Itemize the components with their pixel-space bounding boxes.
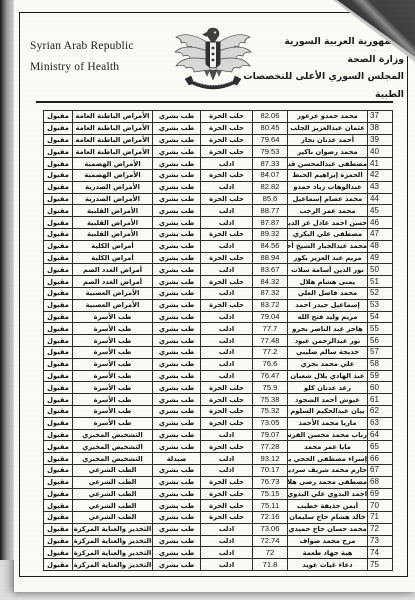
cell-score: 75.38 [253, 394, 288, 406]
cell-status: مقبول [44, 217, 73, 229]
cell-score: 79.64 [253, 134, 288, 146]
cell-degree: طب بشري [153, 394, 201, 406]
table-row: 62بيان عبدالحكيم السلوم75.32حلب الحرةطب … [44, 405, 393, 417]
cell-status: مقبول [44, 488, 73, 500]
page-left-edge-shadow [0, 0, 14, 560]
cell-num: 52 [368, 287, 393, 299]
cell-name: محمد عمر الرجب [288, 205, 368, 217]
cell-specialty: الطب الشرعي [73, 488, 153, 500]
cell-degree: طب بشري [153, 111, 201, 123]
cell-status: مقبول [44, 358, 73, 370]
cell-num: 61 [368, 394, 393, 406]
cell-specialty: الأمراض العصبية [73, 299, 153, 311]
cell-num: 56 [368, 335, 393, 347]
cell-degree: طب بشري [153, 488, 201, 500]
cell-num: 67 [368, 464, 393, 476]
cell-degree: طب بشري [153, 240, 201, 252]
table-row: 59عبد الهادي بلال شعبان76.47ادلبطب بشريط… [44, 370, 393, 382]
letterhead-english: Syrian Arab Republic Ministry of Health [30, 36, 134, 78]
table-row: 68مصطفى محمد رضى هلال76.73حلب الحرةطب بش… [44, 476, 393, 488]
table-row: 60رغد عدنان كلو75.9حلب الحرةطب بشريطب ال… [44, 382, 393, 394]
table-row: 46حسن احمد عادل عز الدين87.87ادلبطب بشري… [44, 217, 393, 229]
cell-score: 77.28 [253, 441, 288, 453]
table-row: 52محمد فاضل العلي87.32ادلبطب بشريالأمراض… [44, 287, 393, 299]
cell-status: مقبول [44, 523, 73, 535]
cell-score: 83.72 [253, 299, 288, 311]
cell-city: ادلب [201, 429, 253, 441]
cell-status: مقبول [44, 335, 73, 347]
cell-num: 38 [368, 122, 393, 134]
cell-degree: طب بشري [153, 158, 201, 170]
cell-city: حلب الحرة [201, 299, 253, 311]
cell-num: 45 [368, 205, 393, 217]
cell-num: 63 [368, 417, 393, 429]
cell-name: مرح محمد صواف [288, 535, 368, 547]
cell-city: ادلب [201, 335, 253, 347]
cell-specialty: الأمراض الصدرية [73, 193, 153, 205]
cell-name: رغد عدنان كلو [288, 382, 368, 394]
cell-score: 93.12 [253, 453, 288, 465]
cell-city: حلب الحرة [201, 488, 253, 500]
cell-degree: طب بشري [153, 311, 201, 323]
cell-name: مايا عمر محمد [288, 441, 368, 453]
cell-degree: طب بشري [153, 535, 201, 547]
table-row: 37محمد حمدو عرعور82.06حلب الحرةطب بشريال… [44, 111, 393, 123]
cell-score: 88.94 [253, 252, 288, 264]
cell-degree: طب بشري [153, 276, 201, 288]
cell-score: 82.82 [253, 181, 288, 193]
cell-specialty: التخدير والعناية المركزة [73, 547, 153, 559]
table-row: 50نور الدين أسامة سلات83.67ادلبطب بشريأم… [44, 264, 393, 276]
cell-num: 64 [368, 429, 393, 441]
cell-specialty: الأمراض الهضمية [73, 158, 153, 170]
cell-city: حلب الحرة [201, 111, 253, 123]
cell-city: ادلب [201, 181, 253, 193]
table-row: 39أحمد عدنان نجار79.64حلب الحرةطب بشريال… [44, 134, 393, 146]
cell-city: حلب الحرة [201, 382, 253, 394]
cell-name: أيمن حذيفة خطيب [288, 500, 368, 512]
table-row: 44محمد عصام إسماعيل85.6حلب الحرةطب بشريا… [44, 193, 393, 205]
cell-name: محمد رضوان باكير [288, 146, 368, 158]
cell-score: 76.6 [253, 358, 288, 370]
cell-score: 87.33 [253, 158, 288, 170]
cell-specialty: الطب الشرعي [73, 512, 153, 524]
letterhead-arabic: الجمهورية العربية السورية وزارة الصحة ال… [234, 33, 404, 103]
table-row: 64رباب محمد محسن الفرس79.07ادلبطب بشريال… [44, 429, 393, 441]
cell-status: مقبول [44, 228, 73, 240]
cell-city: ادلب [201, 370, 253, 382]
cell-city: حلب الحرة [201, 252, 253, 264]
cell-specialty: طب الأسرة [73, 323, 153, 335]
cell-num: 58 [368, 358, 393, 370]
table-row: 48محمد عبدالجبار الشيخ أحمد84.56ادلبطب ب… [44, 240, 393, 252]
cell-score: 79.07 [253, 429, 288, 441]
cell-city: حلب الحرة [201, 500, 253, 512]
cell-specialty: الأمراض القلبية [73, 217, 153, 229]
cell-degree: طب بشري [153, 228, 201, 240]
cell-specialty: التخدير والعناية المركزة [73, 559, 153, 571]
table-row: 54مريم وليد فتح الله79.04ادلبطب بشريطب ا… [44, 311, 393, 323]
cell-score: 84.32 [253, 276, 288, 288]
cell-status: مقبول [44, 323, 73, 335]
cell-specialty: طب الأسرة [73, 335, 153, 347]
cell-specialty: التشخيص المخبري [73, 429, 153, 441]
cell-specialty: طب الأسرة [73, 417, 153, 429]
cell-degree: طب بشري [153, 523, 201, 535]
cell-city: ادلب [201, 287, 253, 299]
cell-specialty: طب الأسرة [73, 358, 153, 370]
cell-num: 66 [368, 453, 393, 465]
cell-score: 88.77 [253, 205, 288, 217]
cell-specialty: الأمراض الباطنة العامة [73, 146, 153, 158]
cell-specialty: طب الأسرة [73, 346, 153, 358]
cell-degree: صيدلة [153, 453, 201, 465]
cell-score: 75.9 [253, 382, 288, 394]
cell-city: ادلب [201, 535, 253, 547]
cell-degree: طب بشري [153, 476, 201, 488]
cell-num: 57 [368, 346, 393, 358]
table-row: 70أيمن حذيفة خطيب75.11حلب الحرةطب بشريال… [44, 500, 393, 512]
cell-city: ادلب [201, 464, 253, 476]
cell-name: نور الدين أسامة سلات [288, 264, 368, 276]
cell-name: ماريا محمد الأحمد [288, 417, 368, 429]
cell-status: مقبول [44, 276, 73, 288]
cell-num: 71 [368, 512, 393, 524]
cell-degree: طب بشري [153, 500, 201, 512]
cell-status: مقبول [44, 111, 73, 123]
cell-status: مقبول [44, 181, 73, 193]
cell-status: مقبول [44, 453, 73, 465]
table-row: 55هاجر عبد الناصر بحرو77.7ادلبطب بشريطب … [44, 323, 393, 335]
cell-num: 51 [368, 276, 393, 288]
cell-name: محمد فاضل العلي [288, 287, 368, 299]
cell-score: 80.45 [253, 122, 288, 134]
table-row: 66إسراء مصطفى الحجي يسين93.12ادلبصيدلةال… [44, 453, 393, 465]
cell-status: مقبول [44, 158, 73, 170]
table-row: 75دعاء غياث عويد71.8ادلبطب بشريالتخدير و… [44, 559, 393, 571]
cell-city: ادلب [201, 264, 253, 276]
cell-specialty: الأمراض الباطنة العامة [73, 134, 153, 146]
cell-city: حلب الحرة [201, 417, 253, 429]
cell-name: هبة جهاد طعمة [288, 547, 368, 559]
cell-status: مقبول [44, 122, 73, 134]
table-row: 51يمنى هشام هلال84.32حلب الحرةطب بشريأمر… [44, 276, 393, 288]
cell-num: 46 [368, 217, 393, 229]
cell-specialty: أمراض الغدد الصم [73, 276, 153, 288]
ministry-name-ar: وزارة الصحة [234, 51, 404, 69]
cell-name: إسراء مصطفى الحجي يسين [288, 453, 368, 465]
cell-status: مقبول [44, 205, 73, 217]
cell-score: 73.05 [253, 417, 288, 429]
header-separator-line [36, 101, 393, 103]
cell-score: 77.7 [253, 323, 288, 335]
results-table-body: 37محمد حمدو عرعور82.06حلب الحرةطب بشريال… [44, 111, 393, 571]
cell-specialty: أمراض الغدد الصم [73, 264, 153, 276]
cell-num: 59 [368, 370, 393, 382]
cell-city: حلب الحرة [201, 394, 253, 406]
cell-name: حازم محمد شريف سرديني [288, 464, 368, 476]
cell-score: 87.32 [253, 287, 288, 299]
cell-name: إسماعيل حيدر احمد [288, 299, 368, 311]
results-table: 37محمد حمدو عرعور82.06حلب الحرةطب بشريال… [43, 110, 393, 571]
cell-specialty: الأمراض الهضمية [73, 169, 153, 181]
cell-name: محمد عصام إسماعيل [288, 193, 368, 205]
cell-city: ادلب [201, 547, 253, 559]
cell-num: 73 [368, 535, 393, 547]
cell-city: ادلب [201, 205, 253, 217]
cell-name: محمد عبدالجبار الشيخ أحمد [288, 240, 368, 252]
cell-degree: طب بشري [153, 205, 201, 217]
cell-score: 89.32 [253, 228, 288, 240]
council-name-ar: المجلس السوري الأعلى للتخصصات الطبية [234, 68, 404, 103]
cell-degree: طب بشري [153, 252, 201, 264]
cell-score: 73.06 [253, 523, 288, 535]
cell-num: 74 [368, 547, 393, 559]
cell-city: ادلب [201, 311, 253, 323]
cell-status: مقبول [44, 370, 73, 382]
cell-num: 42 [368, 169, 393, 181]
cell-degree: طب بشري [153, 370, 201, 382]
cell-status: مقبول [44, 464, 73, 476]
cell-name: عبدالوهاب زياد حمدو [288, 181, 368, 193]
cell-city: حلب الحرة [201, 146, 253, 158]
cell-status: مقبول [44, 240, 73, 252]
cell-specialty: طب الأسرة [73, 382, 153, 394]
cell-name: محمد حمدو عرعور [288, 111, 368, 123]
table-row: 57خديجة سالم صليبي77.2ادلبطب بشريطب الأس… [44, 346, 393, 358]
table-row: 65مايا عمر محمد77.28حلب الحرةطب بشريالتش… [44, 441, 393, 453]
cell-score: 77.48 [253, 335, 288, 347]
cell-specialty: التشخيص المخبري [73, 441, 153, 453]
cell-num: 65 [368, 441, 393, 453]
cell-num: 62 [368, 405, 393, 417]
cell-num: 48 [368, 240, 393, 252]
cell-score: 77.2 [253, 346, 288, 358]
country-name-ar: الجمهورية العربية السورية [234, 33, 404, 51]
cell-specialty: التخدير والعناية المركزة [73, 523, 153, 535]
table-row: 42الحمزة إبراهيم الحبط84.07حلب الحرةطب ب… [44, 169, 393, 181]
cell-city: ادلب [201, 240, 253, 252]
cell-specialty: الطب الشرعي [73, 500, 153, 512]
cell-name: علي محمد بحري [288, 358, 368, 370]
cell-name: نور عبدالرحمن عبود [288, 335, 368, 347]
cell-status: مقبول [44, 559, 73, 571]
cell-name: مريم وليد فتح الله [288, 311, 368, 323]
cell-specialty: الأمراض القلبية [73, 205, 153, 217]
cell-city: حلب الحرة [201, 405, 253, 417]
cell-name: الحمزة إبراهيم الحبط [288, 169, 368, 181]
table-row: 40محمد رضوان باكير79.53حلب الحرةطب بشريا… [44, 146, 393, 158]
cell-status: مقبول [44, 146, 73, 158]
cell-degree: طب بشري [153, 287, 201, 299]
cell-degree: طب بشري [153, 464, 201, 476]
table-row: 41مصطفى عبدالمحسن قناوي87.33ادلبطب بشريا… [44, 158, 393, 170]
country-name-en: Syrian Arab Republic [30, 36, 134, 57]
cell-name: يمنى هشام هلال [288, 276, 368, 288]
cell-name: بيان عبدالحكيم السلوم [288, 405, 368, 417]
cell-status: مقبول [44, 417, 73, 429]
cell-degree: طب بشري [153, 169, 201, 181]
cell-degree: طب بشري [153, 323, 201, 335]
cell-specialty: الأمراض الباطنة العامة [73, 122, 153, 134]
cell-num: 69 [368, 488, 393, 500]
cell-num: 72 [368, 523, 393, 535]
cell-specialty: الأمراض الصدرية [73, 181, 153, 193]
table-row: 71خالد هشام حاج سليمان72.16حلب الحرةطب ب… [44, 512, 393, 524]
cell-score: 76.47 [253, 370, 288, 382]
table-row: 38عثمان عبدالعزيز الجلب80.45حلب الحرةطب … [44, 122, 393, 134]
cell-degree: طب بشري [153, 358, 201, 370]
cell-city: ادلب [201, 158, 253, 170]
cell-num: 44 [368, 193, 393, 205]
cell-degree: طب بشري [153, 559, 201, 571]
table-row: 73مرح محمد صواف72.74ادلبطب بشريالتخدير و… [44, 535, 393, 547]
table-row: 49مريم عبد العزيز بكور88.94حلب الحرةطب ب… [44, 252, 393, 264]
cell-specialty: الطب الشرعي [73, 464, 153, 476]
cell-name: محمد حسان حاج حميدي [288, 523, 368, 535]
cell-status: مقبول [44, 169, 73, 181]
cell-city: ادلب [201, 453, 253, 465]
cell-degree: طب بشري [153, 134, 201, 146]
cell-score: 87.87 [253, 217, 288, 229]
cell-score: 71.8 [253, 559, 288, 571]
cell-status: مقبول [44, 299, 73, 311]
cell-city: ادلب [201, 559, 253, 571]
cell-city: ادلب [201, 523, 253, 535]
cell-name: رباب محمد محسن الفرس [288, 429, 368, 441]
table-row: 47مصطفى علي البكري89.32حلب الحرةطب بشريا… [44, 228, 393, 240]
cell-city: حلب الحرة [201, 169, 253, 181]
cell-num: 41 [368, 158, 393, 170]
cell-status: مقبول [44, 405, 73, 417]
cell-status: مقبول [44, 264, 73, 276]
cell-status: مقبول [44, 476, 73, 488]
cell-name: مصطفى علي البكري [288, 228, 368, 240]
cell-specialty: الأمراض الباطنة العامة [73, 111, 153, 123]
cell-degree: طب بشري [153, 547, 201, 559]
table-row: 72محمد حسان حاج حميدي73.06ادلبطب بشريالت… [44, 523, 393, 535]
cell-name: خالد هشام حاج سليمان [288, 512, 368, 524]
cell-score: 83.67 [253, 264, 288, 276]
cell-degree: طب بشري [153, 346, 201, 358]
cell-name: هاجر عبد الناصر بحرو [288, 323, 368, 335]
cell-status: مقبول [44, 382, 73, 394]
cell-city: حلب الحرة [201, 228, 253, 240]
cell-num: 50 [368, 264, 393, 276]
cell-specialty: طب الأسرة [73, 370, 153, 382]
cell-status: مقبول [44, 346, 73, 358]
cell-status: مقبول [44, 535, 73, 547]
cell-score: 84.07 [253, 169, 288, 181]
scanned-document: Syrian Arab Republic Ministry of Health [0, 0, 415, 600]
cell-specialty: أمراض الكلية [73, 240, 153, 252]
cell-num: 49 [368, 252, 393, 264]
cell-status: مقبول [44, 193, 73, 205]
cell-name: خديجة سالم صليبي [288, 346, 368, 358]
cell-city: ادلب [201, 346, 253, 358]
cell-score: 75.15 [253, 488, 288, 500]
cell-num: 40 [368, 146, 393, 158]
table-row: 69احمد البدوي علي البدوي75.15حلب الحرةطب… [44, 488, 393, 500]
cell-score: 82.06 [253, 111, 288, 123]
cell-degree: طب بشري [153, 429, 201, 441]
cell-specialty: أمراض الكلية [73, 252, 153, 264]
cell-name: احمد البدوي علي البدوي [288, 488, 368, 500]
table-row: 43عبدالوهاب زياد حمدو82.82ادلبطب بشريالأ… [44, 181, 393, 193]
cell-score: 84.56 [253, 240, 288, 252]
cell-score: 79.04 [253, 311, 288, 323]
cell-score: 72.16 [253, 512, 288, 524]
cell-degree: طب بشري [153, 512, 201, 524]
cell-num: 37 [368, 111, 393, 123]
cell-specialty: طب الأسرة [73, 311, 153, 323]
cell-num: 54 [368, 311, 393, 323]
cell-status: مقبول [44, 500, 73, 512]
cell-city: ادلب [201, 217, 253, 229]
cell-status: مقبول [44, 311, 73, 323]
cell-name: دعاء غياث عويد [288, 559, 368, 571]
cell-degree: طب بشري [153, 264, 201, 276]
cell-degree: طب بشري [153, 417, 201, 429]
cell-score: 70.17 [253, 464, 288, 476]
cell-specialty: الأمراض العصبية [73, 287, 153, 299]
cell-score: 75.32 [253, 405, 288, 417]
cell-status: مقبول [44, 287, 73, 299]
cell-name: عبد الهادي بلال شعبان [288, 370, 368, 382]
table-row: 56نور عبدالرحمن عبود77.48ادلبطب بشريطب ا… [44, 335, 393, 347]
table-row: 58علي محمد بحري76.6ادلبطب بشريطب الأسرةم… [44, 358, 393, 370]
cell-status: مقبول [44, 394, 73, 406]
cell-num: 70 [368, 500, 393, 512]
cell-score: 72.74 [253, 535, 288, 547]
cell-score: 72 [253, 547, 288, 559]
cell-num: 39 [368, 134, 393, 146]
cell-status: مقبول [44, 429, 73, 441]
cell-name: مصطفى محمد رضى هلال [288, 476, 368, 488]
cell-degree: طب بشري [153, 382, 201, 394]
cell-score: 75.11 [253, 500, 288, 512]
table-row: 63ماريا محمد الأحمد73.05حلب الحرةطب بشري… [44, 417, 393, 429]
cell-specialty: التشخيص المخبري [73, 453, 153, 465]
table-row: 45محمد عمر الرجب88.77ادلبطب بشريالأمراض … [44, 205, 393, 217]
cell-status: مقبول [44, 252, 73, 264]
cell-city: ادلب [201, 358, 253, 370]
cell-score: 76.73 [253, 476, 288, 488]
cell-city: حلب الحرة [201, 122, 253, 134]
cell-degree: طب بشري [153, 217, 201, 229]
cell-city: حلب الحرة [201, 476, 253, 488]
cell-degree: طب بشري [153, 441, 201, 453]
cell-num: 60 [368, 382, 393, 394]
cell-specialty: الأمراض القلبية [73, 228, 153, 240]
cell-status: مقبول [44, 512, 73, 524]
cell-city: حلب الحرة [201, 193, 253, 205]
cell-specialty: طب الأسرة [73, 405, 153, 417]
cell-degree: طب بشري [153, 335, 201, 347]
cell-name: عثمان عبدالعزيز الجلب [288, 122, 368, 134]
cell-city: حلب الحرة [201, 441, 253, 453]
cell-specialty: طب الأسرة [73, 394, 153, 406]
cell-name: حسن احمد عادل عز الدين [288, 217, 368, 229]
cell-num: 75 [368, 559, 393, 571]
cell-specialty: التخدير والعناية المركزة [73, 535, 153, 547]
cell-num: 55 [368, 323, 393, 335]
cell-score: 85.6 [253, 193, 288, 205]
table-row: 74هبة جهاد طعمة72ادلبطب بشريالتخدير والع… [44, 547, 393, 559]
cell-degree: طب بشري [153, 405, 201, 417]
cell-city: حلب الحرة [201, 512, 253, 524]
cell-num: 68 [368, 476, 393, 488]
